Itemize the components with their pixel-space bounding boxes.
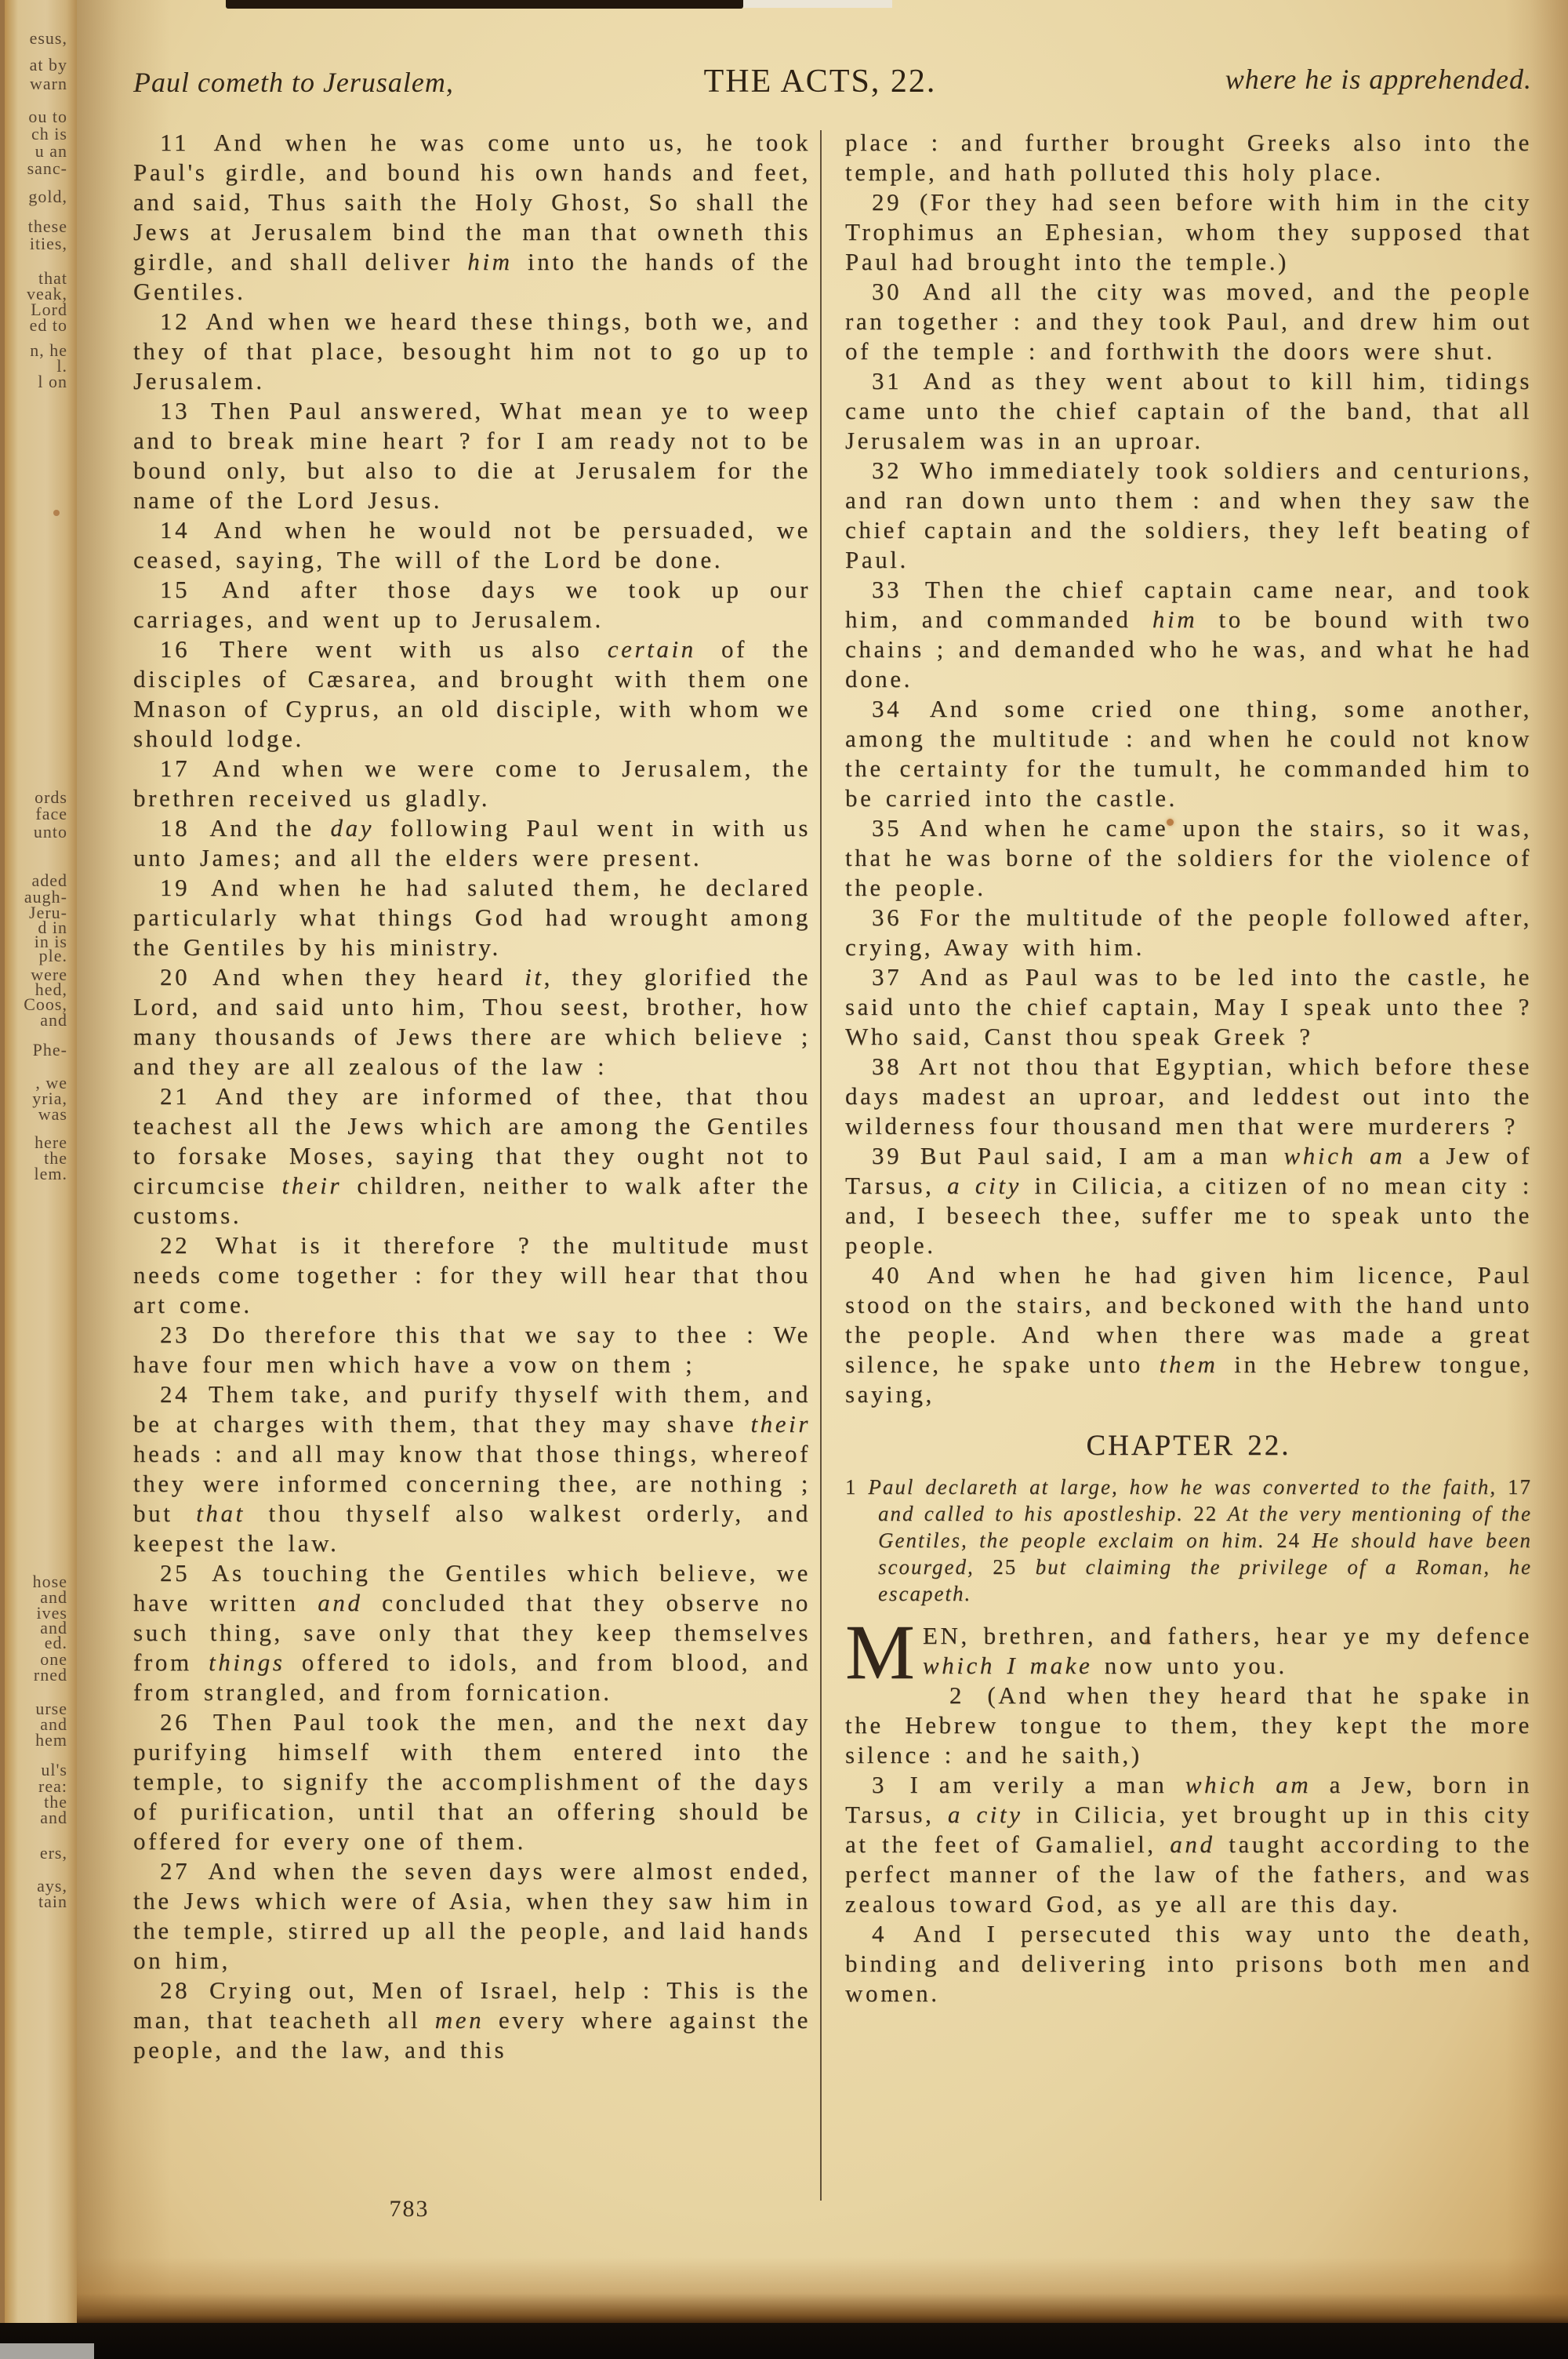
summary-verse-ref: 25: [993, 1555, 1035, 1579]
verse-21: 21 And they are informed of thee, that t…: [133, 1081, 811, 1230]
verse-28: 28 Crying out, Men of Israel, help : Thi…: [133, 1976, 811, 2065]
italic-text: him: [467, 248, 512, 275]
verse-number: 38: [872, 1052, 902, 1080]
verse-24: 24 Them take, and purify thyself with th…: [133, 1379, 811, 1558]
verse-20: 20 And when they heard it, they glorifie…: [133, 962, 811, 1081]
verse-number: 30: [872, 278, 902, 305]
summary-verse-ref: 17: [1508, 1475, 1532, 1499]
verse-number: 32: [872, 456, 902, 484]
verse-text: I am verily a man: [909, 1771, 1185, 1798]
page-edge-text-fragment: and: [40, 1809, 67, 1826]
verse-text: And the: [209, 814, 330, 841]
page-edge-text-fragment: ities,: [30, 235, 67, 253]
verse-15: 15 And after those days we took up our c…: [133, 575, 811, 634]
page-edge-text-fragment: unto: [34, 823, 67, 841]
verse-text: Then Paul answered, What mean ye to weep…: [133, 397, 811, 514]
verse-text: But Paul said, I am a man: [920, 1142, 1284, 1169]
verse-31: 31 And as they went about to kill him, t…: [845, 366, 1532, 456]
italic-text: things: [209, 1648, 285, 1676]
page-edge-text-fragment: lem.: [34, 1165, 68, 1183]
page-number: 783: [370, 2196, 448, 2223]
verse-16: 16 There went with us also certain of th…: [133, 634, 811, 754]
verse-17: 17 And when we were come to Jerusalem, t…: [133, 754, 811, 813]
page-edge-text-fragment: ou to: [28, 108, 67, 125]
drop-cap-initial: M: [845, 1623, 915, 1682]
verse-text: And I persecuted this way unto the death…: [845, 1920, 1532, 2007]
verse-text: And when he had saluted them, he declare…: [133, 874, 811, 961]
verse-text: now unto you.: [1092, 1652, 1287, 1679]
verse-text: (For they had seen before with him in th…: [845, 188, 1532, 275]
verse-number: 12: [160, 307, 190, 335]
verse-12: 12 And when we heard these things, both …: [133, 307, 811, 396]
verse-number: 22: [160, 1231, 190, 1259]
verse-text: For the multitude of the people followed…: [845, 903, 1532, 961]
verse-number: 20: [160, 963, 190, 990]
italic-text: him: [1152, 605, 1197, 633]
verse-13: 13 Then Paul answered, What mean ye to w…: [133, 396, 811, 515]
italic-text: and: [318, 1589, 362, 1616]
italic-text: and called to his apostleship.: [878, 1502, 1193, 1525]
italic-text: which I make: [923, 1652, 1092, 1679]
page-title: THE ACTS, 22.: [585, 63, 1055, 100]
verse-number: 15: [160, 576, 190, 603]
verse-number: 26: [160, 1708, 190, 1736]
verse-text: Who immediately took soldiers and centur…: [845, 456, 1532, 573]
verse-2: 2 (And when they heard that he spake in …: [845, 1681, 1532, 1770]
summary-verse-ref: 24: [1276, 1528, 1312, 1552]
verse-text: And when we heard these things, both we,…: [133, 307, 811, 394]
page-edge-text-fragment: rned: [34, 1667, 67, 1684]
verse-number: 18: [160, 814, 190, 841]
page-edge-text-fragment: u an: [35, 143, 67, 160]
page-edge-text-fragment: was: [38, 1106, 67, 1123]
verse-number: 2: [949, 1681, 964, 1709]
verse-number: 27: [160, 1857, 190, 1885]
verse-number: 21: [160, 1082, 190, 1110]
verse-text: And after those days we took up our carr…: [133, 576, 811, 633]
verse-number: 11: [160, 129, 189, 156]
verse-40: 40 And when he had given him licence, Pa…: [845, 1260, 1532, 1409]
column-divider-rule: [820, 130, 822, 2201]
page-edge-text-fragment: these: [28, 218, 67, 235]
verse-25: 25 As touching the Gentiles which believ…: [133, 1558, 811, 1707]
page-edge-text-fragment: tain: [38, 1893, 67, 1910]
verse-11: 11 And when he was come unto us, he took…: [133, 128, 811, 307]
verse-text: (And when they heard that he spake in th…: [845, 1681, 1532, 1768]
page-edge-text-fragment: ed to: [30, 317, 67, 334]
paper-stain: [53, 510, 60, 516]
verse-text: And as they went about to kill him, tidi…: [845, 367, 1532, 454]
verse-number: 17: [160, 754, 190, 782]
running-head-right: where he is apprehended.: [1225, 63, 1532, 96]
verse-27: 27 And when the seven days were almost e…: [133, 1856, 811, 1976]
italic-text: a city: [947, 1172, 1022, 1199]
verse-19: 19 And when he had saluted them, he decl…: [133, 873, 811, 962]
bible-page: Paul cometh to Jerusalem, THE ACTS, 22. …: [77, 0, 1568, 2323]
verse-number: 37: [872, 963, 902, 990]
verse-text: There went with us also: [220, 635, 608, 663]
page-edge-text-fragment: ers,: [40, 1845, 67, 1862]
italic-text: a city: [948, 1801, 1023, 1828]
verse-continuation: place : and further brought Greeks also …: [845, 128, 1532, 187]
right-column: place : and further brought Greeks also …: [845, 128, 1532, 2008]
verse-36: 36 For the multitude of the people follo…: [845, 903, 1532, 962]
verse-35: 35 And when he came upon the stairs, so …: [845, 813, 1532, 903]
verse-1-dropcap: MEN, brethren, and fathers, hear ye my d…: [845, 1621, 1532, 1681]
verse-22: 22 What is it therefore ? the multitude …: [133, 1230, 811, 1320]
verse-text: place : and further brought Greeks also …: [845, 129, 1532, 186]
page-bottom-edge: [77, 2257, 1568, 2323]
verse-32: 32 Who immediately took soldiers and cen…: [845, 456, 1532, 575]
page-edge-text-fragment: ple.: [39, 947, 67, 965]
italic-text: men: [435, 2006, 484, 2034]
verse-number: 36: [872, 903, 902, 931]
verse-number: 14: [160, 516, 190, 543]
summary-verse-ref: 1: [845, 1475, 868, 1499]
page-edge-text-fragment: hem: [35, 1732, 67, 1749]
verse-number: 13: [160, 397, 190, 424]
verse-text: EN, brethren, and fathers, hear ye my de…: [923, 1622, 1532, 1649]
summary-verse-ref: 22: [1193, 1502, 1227, 1525]
verse-23: 23 Do therefore this that we say to thee…: [133, 1320, 811, 1379]
italic-text: certain: [608, 635, 696, 663]
verse-39: 39 But Paul said, I am a man which am a …: [845, 1141, 1532, 1260]
running-head: Paul cometh to Jerusalem, THE ACTS, 22. …: [77, 0, 1568, 118]
verse-number: 25: [160, 1559, 190, 1587]
italic-text: their: [750, 1410, 811, 1438]
italic-text: which am: [1283, 1142, 1405, 1169]
verse-37: 37 And as Paul was to be led into the ca…: [845, 962, 1532, 1052]
verse-text: Do therefore this that we say to thee : …: [133, 1321, 811, 1378]
page-edge-text-fragment: sanc-: [27, 160, 67, 177]
page-edge-text-fragment: and: [40, 1012, 67, 1029]
italic-text: which am: [1185, 1771, 1312, 1798]
italic-text: them: [1160, 1350, 1218, 1378]
verse-text: And when we were come to Jerusalem, the …: [133, 754, 811, 812]
page-edge-text-fragment: ch is: [31, 125, 67, 143]
page-edge-text-fragment: at by: [30, 56, 67, 74]
verse-number: 24: [160, 1380, 190, 1408]
chapter-summary: 1 Paul declareth at large, how he was co…: [845, 1474, 1532, 1607]
left-column: 11 And when he was come unto us, he took…: [133, 128, 811, 2065]
verse-26: 26 Then Paul took the men, and the next …: [133, 1707, 811, 1856]
verse-text: And when they heard: [212, 963, 524, 990]
verse-number: 16: [160, 635, 190, 663]
verse-3: 3 I am verily a man which am a Jew, born…: [845, 1770, 1532, 1919]
verse-number: 34: [872, 695, 902, 722]
page-edge-text-fragment: face: [35, 805, 67, 823]
verse-number: 31: [872, 367, 902, 394]
verse-number: 35: [872, 814, 902, 841]
verse-number: 19: [160, 874, 190, 901]
italic-text: their: [282, 1172, 343, 1199]
verse-text: And when he would not be persuaded, we c…: [133, 516, 811, 573]
verse-text: Then Paul took the men, and the next day…: [133, 1708, 811, 1855]
verse-18: 18 And the day following Paul went in wi…: [133, 813, 811, 873]
chapter-heading: CHAPTER 22.: [845, 1431, 1532, 1461]
verse-text: And all the city was moved, and the peop…: [845, 278, 1532, 365]
prev-page-edge: esus,at bywarnou toch isu ansanc-gold,th…: [5, 0, 80, 2323]
page-edge-text-fragment: esus,: [30, 30, 67, 47]
italic-text: it: [524, 963, 543, 990]
verse-text: And as Paul was to be led into the castl…: [845, 963, 1532, 1050]
verse-text: And when he came upon the stairs, so it …: [845, 814, 1532, 901]
verse-14: 14 And when he would not be persuaded, w…: [133, 515, 811, 575]
verse-number: 3: [872, 1771, 887, 1798]
table-surface: [0, 2343, 94, 2359]
verse-number: 39: [872, 1142, 902, 1169]
italic-text: that: [196, 1499, 245, 1527]
italic-text: Paul declareth at large, how he was conv…: [868, 1475, 1508, 1499]
verse-text: What is it therefore ? the multitude mus…: [133, 1231, 811, 1318]
verse-text: And some cried one thing, some another, …: [845, 695, 1532, 812]
verse-29: 29 (For they had seen before with him in…: [845, 187, 1532, 277]
verse-38: 38 Art not thou that Egyptian, which bef…: [845, 1052, 1532, 1141]
verse-30: 30 And all the city was moved, and the p…: [845, 277, 1532, 366]
book-photo: esus,at bywarnou toch isu ansanc-gold,th…: [0, 0, 1568, 2359]
verse-text: Art not thou that Egyptian, which before…: [845, 1052, 1532, 1140]
page-edge-text-fragment: warn: [30, 75, 67, 93]
running-head-left: Paul cometh to Jerusalem,: [133, 66, 454, 99]
page-edge-text-fragment: Phe-: [33, 1041, 67, 1059]
book-bottom-edge: [0, 2323, 1568, 2359]
verse-number: 23: [160, 1321, 190, 1348]
verse-4: 4 And I persecuted this way unto the dea…: [845, 1919, 1532, 2008]
verse-text: And when the seven days were almost ende…: [133, 1857, 811, 1974]
verse-number: 4: [872, 1920, 887, 1947]
verse-text: Them take, and purify thyself with them,…: [133, 1380, 811, 1438]
page-edge-text-fragment: gold,: [28, 188, 67, 205]
italic-text: and: [1170, 1830, 1214, 1858]
verse-34: 34 And some cried one thing, some anothe…: [845, 694, 1532, 813]
verse-number: 40: [872, 1261, 902, 1289]
verse-number: 28: [160, 1976, 190, 2004]
italic-text: day: [330, 814, 374, 841]
verse-number: 33: [872, 576, 902, 603]
page-edge-text-fragment: l on: [38, 373, 67, 391]
verse-33: 33 Then the chief captain came near, and…: [845, 575, 1532, 694]
verse-number: 29: [872, 188, 902, 216]
